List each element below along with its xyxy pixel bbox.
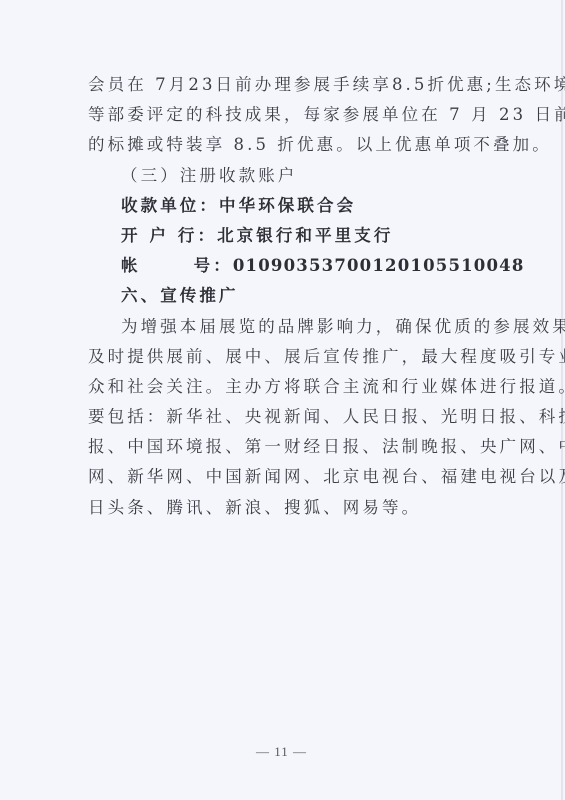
paragraph-line: 会员在 7月23日前办理参展手续享8.5折优惠;生态环境部: [88, 70, 480, 100]
account-label: 帐 号：: [121, 256, 233, 275]
section-heading-account: （三）注册收款账户: [88, 161, 480, 191]
bank-row: 开 户 行：北京银行和平里支行: [88, 221, 480, 251]
document-body: 会员在 7月23日前办理参展手续享8.5折优惠;生态环境部 等部委评定的科技成果…: [88, 70, 480, 523]
account-value: 01090353700120105510048: [233, 256, 525, 275]
payee-value: 中华环保联合会: [219, 196, 356, 215]
paragraph-line: 网、新华网、中国新闻网、北京电视台、福建电视台以及今: [88, 462, 480, 492]
bank-label: 开 户 行：: [121, 226, 217, 245]
paragraph-line: 等部委评定的科技成果，每家参展单位在 7 月 23 日前确定: [88, 100, 480, 130]
paragraph-line: 日头条、腾讯、新浪、搜狐、网易等。: [88, 493, 480, 523]
bank-value: 北京银行和平里支行: [217, 226, 393, 245]
payee-row: 收款单位：中华环保联合会: [88, 191, 480, 221]
page-number: — 11 —: [0, 744, 563, 760]
paragraph-line: 的标摊或特装享 8.5 折优惠。以上优惠单项不叠加。: [88, 130, 480, 160]
section-heading-promotion: 六、宣传推广: [88, 281, 480, 311]
document-page: 会员在 7月23日前办理参展手续享8.5折优惠;生态环境部 等部委评定的科技成果…: [0, 0, 563, 800]
paragraph-line: 要包括：新华社、央视新闻、人民日报、光明日报、科技日: [88, 402, 480, 432]
paragraph-line: 报、中国环境报、第一财经日报、法制晚报、央广网、中国: [88, 432, 480, 462]
paragraph-line: 为增强本届展览的品牌影响力，确保优质的参展效果，: [88, 312, 480, 342]
paragraph-line: 众和社会关注。主办方将联合主流和行业媒体进行报道。主: [88, 372, 480, 402]
paragraph-line: 及时提供展前、展中、展后宣传推广，最大程度吸引专业观: [88, 342, 480, 372]
account-row: 帐 号：01090353700120105510048: [88, 251, 480, 281]
payee-label: 收款单位：: [121, 196, 219, 215]
